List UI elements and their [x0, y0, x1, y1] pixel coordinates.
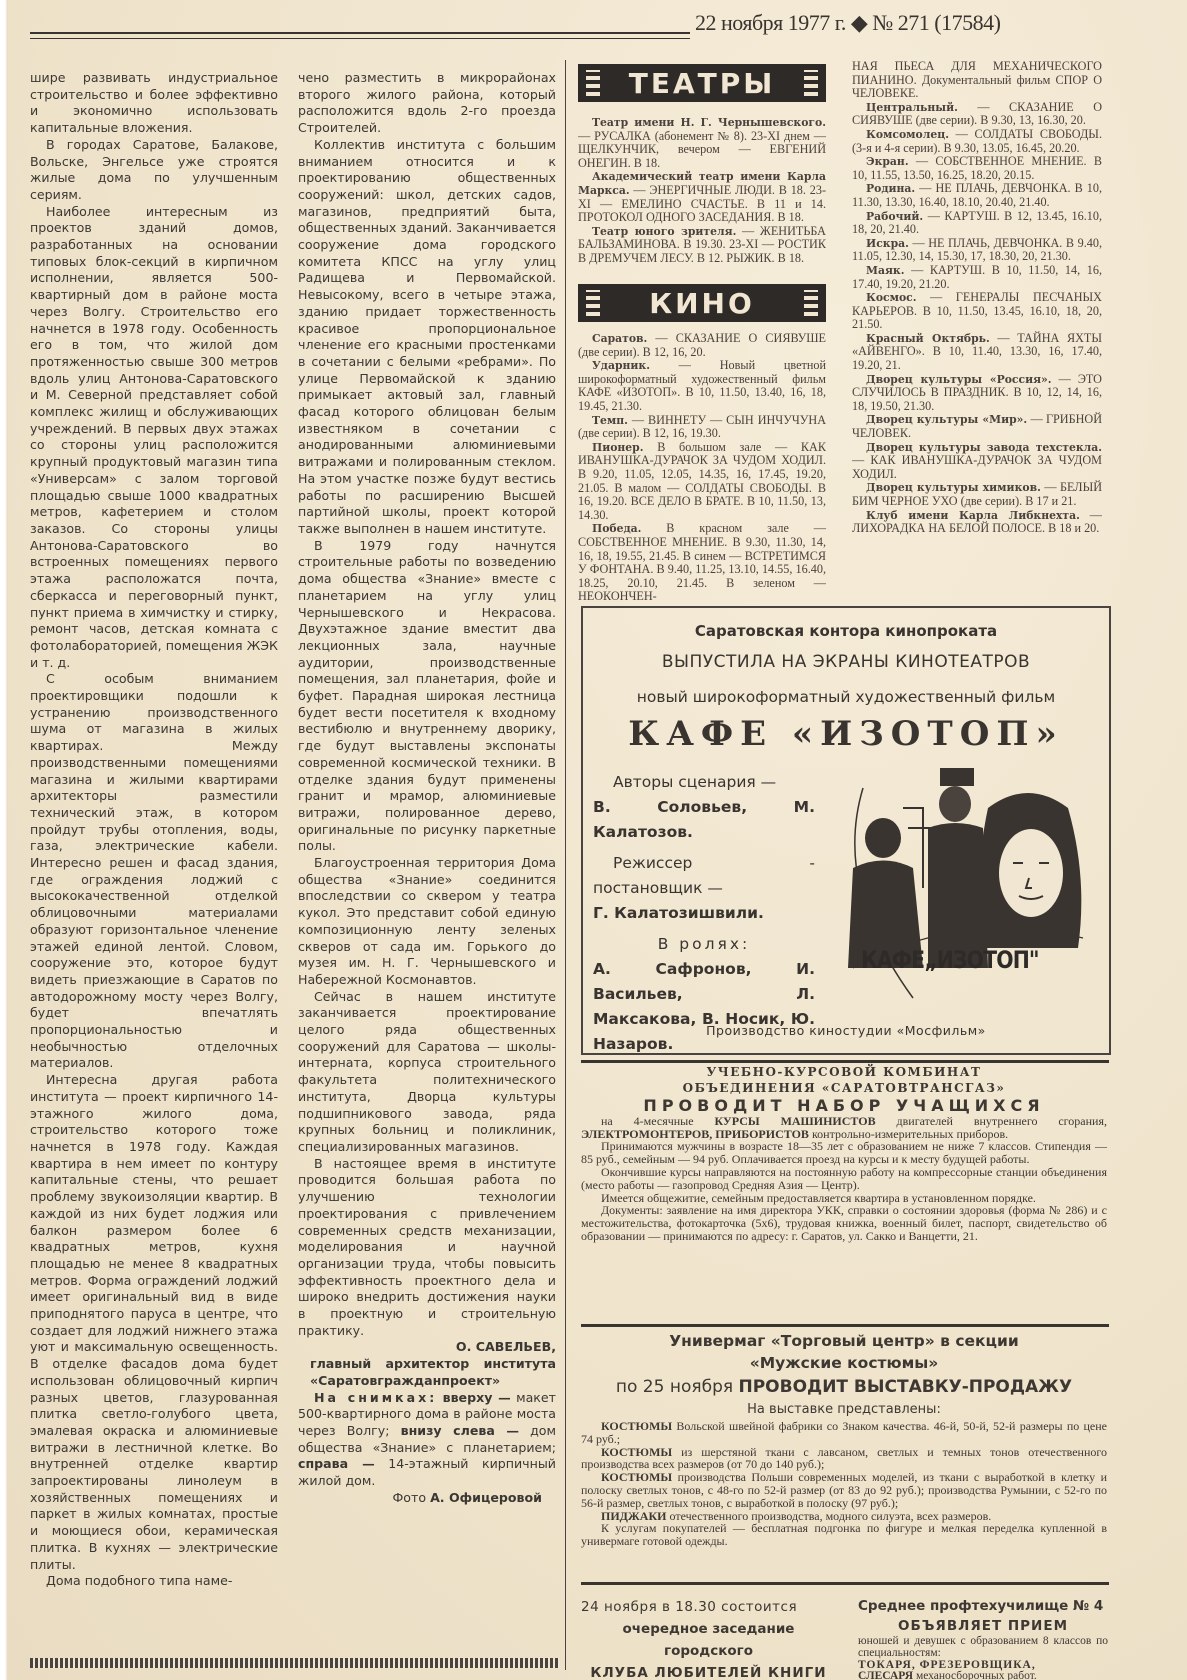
store-footer: К услугам покупателей — бесплатная подго… — [581, 1522, 1107, 1548]
listing-item: Искра. — НЕ ПЛАЧЬ, ДЕВЧОНКА. В 9.40, 11.… — [852, 237, 1102, 264]
training-headline: ПРОВОДИТ НАБОР УЧАЩИХСЯ — [581, 1100, 1107, 1113]
photo-credit: Фото А. Офицеровой — [298, 1490, 556, 1507]
article-paragraph: чено разместить в микрорайонах второго ж… — [298, 70, 556, 137]
theatres-listings: Театр имени Н. Г. Чернышевского. — РУСАЛ… — [578, 116, 826, 266]
book-club-date: 24 ноября в 18.30 состоится — [581, 1596, 836, 1618]
film-advertisement: Саратовская контора кинопроката ВЫПУСТИЛ… — [581, 606, 1111, 1055]
training-advertisement: УЧЕБНО-КУРСОВОЙ КОМБИНАТ ОБЪЕДИНЕНИЯ «СА… — [581, 1064, 1107, 1243]
section-rule — [581, 1060, 1109, 1063]
director: Г. Калатозишвили. — [593, 901, 815, 926]
caption-label: На снимках: — [314, 1390, 437, 1405]
training-org-2: ОБЪЕДИНЕНИЯ «САРАТОВТРАНСГАЗ» — [581, 1080, 1107, 1096]
section-rule — [581, 1582, 1109, 1585]
store-event: по 25 ноября ПРОВОДИТ ВЫСТАВКУ-ПРОДАЖУ — [581, 1374, 1107, 1400]
curtain-icon — [586, 70, 600, 96]
listing-item: Победа. В красном зале — СОБСТВЕННОЕ МНЕ… — [578, 522, 826, 604]
listing-item: Рабочий. — КАРТУШ. В 12, 13.45, 16.10, 1… — [852, 210, 1102, 237]
studio-credit: Производство киностудии «Мосфильм» — [583, 1023, 1109, 1038]
article-column-2: чено разместить в микрорайонах второго ж… — [298, 70, 556, 1506]
film-poster-illustration: КАФЕ„ИЗОТОП" — [843, 768, 1093, 1008]
article-paragraph: Сейчас в нашем институте заканчивается п… — [298, 989, 556, 1156]
training-paragraph: Документы: заявление на имя директора УК… — [581, 1204, 1107, 1242]
store-subhead: На выставке представлены: — [581, 1400, 1107, 1420]
listing-item: Экран. — СОБСТВЕННОЕ МНЕНИЕ. В 10, 11.55… — [852, 155, 1102, 182]
ad-film-type: новый широкоформатный художественный фил… — [583, 688, 1109, 706]
author-title: главный архитектор института «Саратовгра… — [298, 1356, 556, 1389]
poster-title: КАФЕ„ИЗОТОП" — [861, 946, 1039, 974]
article-paragraph: Благоустроенная территория Дома общества… — [298, 855, 556, 989]
listing-item: Комсомолец. — СОЛДАТЫ СВОБОДЫ. (3-я и 4-… — [852, 128, 1102, 155]
listing-item: Маяк. — КАРТУШ. В 10, 11.50, 14, 16, 17.… — [852, 264, 1102, 291]
article-paragraph: шире развивать индустриальное строительс… — [30, 70, 278, 137]
school-specialties-2: СЛЕСАРЯ механосборочных работ. — [858, 1671, 1108, 1680]
listing-item: Дворец культуры «Мир». — ГРИБНОЙ ЧЕЛОВЕК… — [852, 413, 1102, 440]
article-paragraph: Наиболее интересным из проектов зданий д… — [30, 204, 278, 672]
school-notice: Среднее профтехучилище № 4 ОБЪЯВЛЯЕТ ПРИ… — [858, 1596, 1108, 1680]
author-name: О. САВЕЛЬЕВ, — [298, 1339, 556, 1356]
cinema-listings-b: НАЯ ПЬЕСА ДЛЯ МЕХАНИЧЕСКОГО ПИАНИНО. Док… — [852, 60, 1102, 536]
listing-item: Космос. — ГЕНЕРАЛЫ ПЕСЧАНЫХ КАРЬЕРОВ. В … — [852, 291, 1102, 332]
article-paragraph: В настоящее время в институте проводится… — [298, 1156, 556, 1340]
listing-item: Ударник. — Новый цветной широкоформатный… — [578, 359, 826, 413]
writers: В. Соловьев, М. Калатозов. — [593, 795, 815, 845]
ad-release-line: ВЫПУСТИЛА НА ЭКРАНЫ КИНОТЕАТРОВ — [583, 652, 1109, 672]
photo-caption: На снимках: вверху — макет 500-квартирно… — [298, 1390, 556, 1490]
training-org: УЧЕБНО-КУРСОВОЙ КОМБИНАТ — [581, 1064, 1107, 1080]
section-rule — [581, 1324, 1109, 1327]
listing-item: Академический театр имени Карла Маркса. … — [578, 170, 826, 224]
book-club-name: КЛУБА ЛЮБИТЕЛЕЙ КНИГИ — [581, 1662, 836, 1680]
school-text: юношей и девушек с образованием 8 классо… — [858, 1636, 1108, 1660]
ad-film-title: КАФЕ «ИЗОТОП» — [583, 714, 1109, 754]
store-section: «Мужские костюмы» — [581, 1352, 1107, 1374]
bottom-border-strip — [30, 1658, 560, 1668]
column-divider — [565, 60, 566, 1670]
listing-item: НАЯ ПЬЕСА ДЛЯ МЕХАНИЧЕСКОГО ПИАНИНО. Док… — [852, 60, 1102, 101]
listing-item: Дворец культуры химиков. — БЕЛЫЙ БИМ ЧЕР… — [852, 481, 1102, 508]
masthead-rule — [30, 38, 690, 39]
article-paragraph: Интересна другая работа института — прое… — [30, 1072, 278, 1573]
listing-item: Пионер. В большом зале — КАК ИВАНУШКА-ДУ… — [578, 441, 826, 523]
film-strip-icon — [804, 290, 818, 316]
theatres-banner: ТЕАТРЫ — [578, 64, 826, 102]
masthead: 22 ноября 1977 г. ◆ № 271 (17584) — [30, 10, 1120, 40]
film-strip-icon — [586, 290, 600, 316]
store-advertisement: Универмаг «Торговый центр» в секции «Муж… — [581, 1330, 1107, 1548]
store-item: КОСТЮМЫ Вольской швейной фабрики со Знак… — [581, 1420, 1107, 1446]
book-club-line: городского — [581, 1640, 836, 1662]
curtain-icon — [804, 70, 818, 96]
training-paragraph: Принимаются мужчины в возрасте 18—35 лет… — [581, 1140, 1107, 1166]
cast-label: В ролях: — [593, 932, 815, 957]
school-name: Среднее профтехучилище № 4 — [858, 1596, 1108, 1616]
listing-item: Саратов. — СКАЗАНИЕ О СИЯВУШЕ (две серии… — [578, 332, 826, 359]
store-item: КОСТЮМЫ из шерстяной ткани с лавсаном, с… — [581, 1446, 1107, 1472]
masthead-rule — [30, 32, 690, 34]
book-club-notice: 24 ноября в 18.30 состоится очередное за… — [581, 1596, 836, 1680]
article-column-1: шире развивать индустриальное строительс… — [30, 70, 278, 1590]
article-paragraph: Коллектив института с большим вниманием … — [298, 137, 556, 538]
issue-date: 22 ноября 1977 г. ◆ № 271 (17584) — [695, 10, 1000, 36]
listing-item: Родина. — НЕ ПЛАЧЬ, ДЕВЧОНКА. В 10, 11.3… — [852, 182, 1102, 209]
article-paragraph: С особым вниманием проектировщики подошл… — [30, 671, 278, 1072]
page-edge — [0, 0, 8, 1680]
article-paragraph: Дома подобного типа наме- — [30, 1573, 278, 1590]
training-paragraph: на 4-месячные КУРСЫ МАШИНИСТОВ двигателе… — [581, 1115, 1107, 1141]
listing-item: Театр юного зрителя. — ЖЕНИТЬБА БАЛЬЗАМИ… — [578, 225, 826, 266]
store-item: КОСТЮМЫ производства Польши современных … — [581, 1471, 1107, 1509]
listing-item: Центральный. — СКАЗАНИЕ О СИЯВУШЕ (две с… — [852, 101, 1102, 128]
cinema-listings-a: Саратов. — СКАЗАНИЕ О СИЯВУШЕ (две серии… — [578, 332, 826, 604]
listing-item: Клуб имени Карла Либкнехта. — ЛИХОРАДКА … — [852, 509, 1102, 536]
director-label: Режиссер - постановщик — — [593, 851, 815, 901]
cast: А. Сафронов, И. Васильев, Л. Максакова, … — [593, 957, 815, 1057]
film-credits: Авторы сценария — В. Соловьев, М. Калато… — [593, 770, 815, 1063]
ad-distributor: Саратовская контора кинопроката — [583, 622, 1109, 640]
listing-item: Дворец культуры завода техстекла. — КАК … — [852, 441, 1102, 482]
listing-item: Дворец культуры «Россия». — ЭТО СЛУЧИЛОС… — [852, 373, 1102, 414]
listing-item: Театр имени Н. Г. Чернышевского. — РУСАЛ… — [578, 116, 826, 170]
school-headline: ОБЪЯВЛЯЕТ ПРИЕМ — [858, 1616, 1108, 1636]
book-club-line: очередное заседание — [581, 1618, 836, 1640]
listing-item: Красный Октябрь. — ТАЙНА ЯХТЫ «АЙВЕНГО».… — [852, 332, 1102, 373]
store-headline: Универмаг «Торговый центр» в секции — [581, 1330, 1107, 1352]
training-paragraph: Окончившие курсы направляются на постоян… — [581, 1166, 1107, 1192]
article-paragraph: В городах Саратове, Балакове, Вольске, Э… — [30, 137, 278, 204]
cinema-banner: КИНО — [578, 284, 826, 322]
listing-item: Темп. — ВИННЕТУ — СЫН ИНЧУЧУНА (две сери… — [578, 414, 826, 441]
article-paragraph: В 1979 году начнутся строительные работы… — [298, 538, 556, 855]
writers-label: Авторы сценария — — [593, 770, 815, 795]
